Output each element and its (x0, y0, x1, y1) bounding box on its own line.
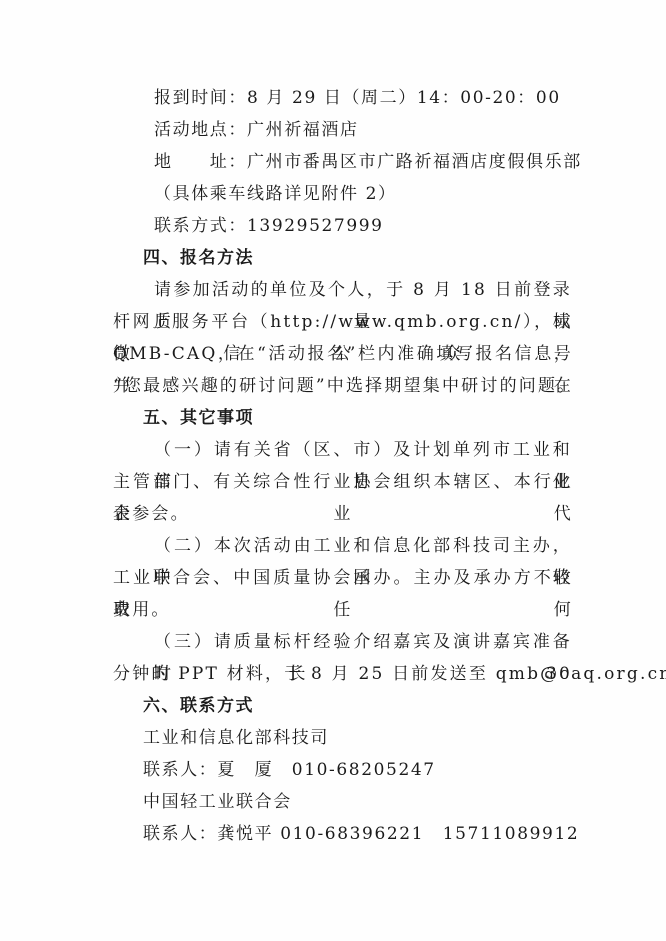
paragraph-line: 分钟的 PPT 材料，于 8 月 25 日前发送至 qmb@caq.org.cn… (113, 658, 575, 690)
contact-person-miit: 联系人：夏 厦 010-68205247 (143, 754, 605, 786)
paragraph-line: “您最感兴趣的研讨问题”中选择期望集中研讨的问题。 (113, 370, 575, 402)
contact-person-light-industry: 联系人：龚悦平 010-68396221 15711089912 (143, 818, 605, 850)
paragraph-line: 费用。 (113, 594, 575, 626)
event-venue: 活动地点：广州祈福酒店 (154, 114, 616, 146)
section-heading-registration-method: 四、报名方法 (143, 242, 605, 274)
document-page: 报到时间：8 月 29 日（周二）14：00-20：00 活动地点：广州祈福酒店… (0, 0, 666, 941)
event-address: 地 址：广州市番禺区市广路祈福酒店度假俱乐部 (154, 146, 616, 178)
paragraph-line: 请参加活动的单位及个人，于 8 月 18 日前登录质量标 (154, 274, 572, 306)
section-heading-contact-info: 六、联系方式 (143, 690, 605, 722)
paragraph-line: 表参会。 (113, 498, 575, 530)
contact-org-light-industry: 中国轻工业联合会 (143, 786, 605, 818)
paragraph-line: （二）本次活动由工业和信息化部科技司主办，中国轻 (154, 530, 572, 562)
address-note: （具体乘车线路详见附件 2） (154, 178, 616, 210)
registration-time: 报到时间：8 月 29 日（周二）14：00-20：00 (154, 82, 616, 114)
paragraph-line: 主管部门、有关综合性行业协会组织本辖区、本行业企业代 (113, 466, 573, 498)
paragraph-line: （一）请有关省（区、市）及计划单列市工业和信息化 (154, 434, 572, 466)
contact-org-miit: 工业和信息化部科技司 (143, 722, 605, 754)
paragraph-line: 工业联合会、中国质量协会承办。主办及承办方不收取任何 (113, 562, 573, 594)
paragraph-line: 杆网上服务平台（http://www.qmb.org.cn/），或微信公众号 (113, 306, 573, 338)
section-heading-other-matters: 五、其它事项 (143, 402, 605, 434)
paragraph-line: QMB-CAQ，在“活动报名”栏内准确填写报名信息，并在 (113, 338, 573, 370)
contact-phone: 联系方式：13929527999 (154, 210, 616, 242)
paragraph-line: （三）请质量标杆经验介绍嘉宾及演讲嘉宾准备时长 30 (154, 626, 572, 658)
